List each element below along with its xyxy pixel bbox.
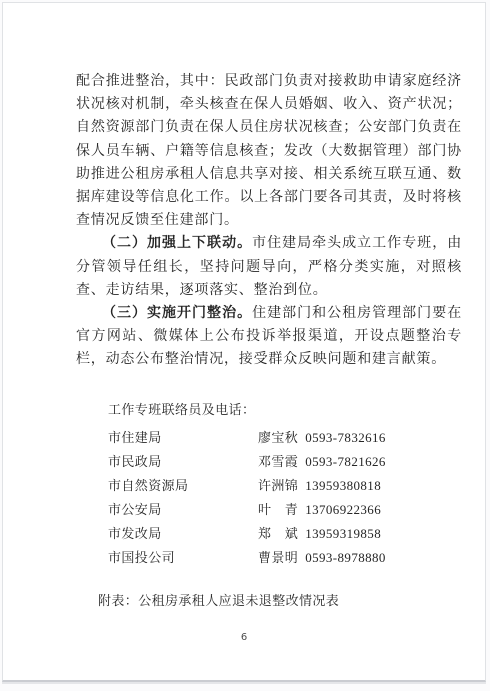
contact-phone-number: 13959380818 <box>305 474 381 498</box>
appendix-note: 附表：公租房承租人应退未退整改情况表 <box>76 589 462 613</box>
contact-phone-number: 0593-7821626 <box>305 450 386 474</box>
document-page: 配合推进整治，其中：民政部门负责对接救助申请家庭经济状况核对机制，牵头核查在保人… <box>2 2 486 682</box>
contact-person-name: 叶 青 <box>258 498 298 522</box>
paragraph: （三）实施开门整治。住建部门和公租房管理部门要在官方网站、微媒体上公布投诉举报渠… <box>76 302 462 372</box>
contact-department: 市民政局 <box>108 450 258 474</box>
contact-list: 市住建局廖宝秋0593-7832616市民政局邓雪霞0593-7821626市自… <box>76 426 462 570</box>
contact-department: 市发改局 <box>108 522 258 546</box>
paragraph: （二）加强上下联动。市住建局牵头成立工作专班，由分管领导任组长，坚持问题导向，严… <box>76 232 462 302</box>
page-content: 配合推进整治，其中：民政部门负责对接救助申请家庭经济状况核对机制，牵头核查在保人… <box>76 70 462 613</box>
contact-heading: 工作专班联络员及电话： <box>76 398 462 422</box>
contact-person-name: 郑 斌 <box>258 522 298 546</box>
paragraph-heading-text: （三）实施开门整治。 <box>102 306 252 321</box>
contact-row: 市自然资源局许洲锦13959380818 <box>76 474 462 498</box>
contact-person-name: 廖宝秋 <box>258 426 298 450</box>
contact-person-name: 邓雪霞 <box>258 450 298 474</box>
contact-phone-number: 0593-7832616 <box>305 426 386 450</box>
contact-row: 市发改局郑 斌13959319858 <box>76 522 462 546</box>
contact-person-name: 许洲锦 <box>258 474 298 498</box>
contact-phone-number: 0593-8978880 <box>305 546 386 570</box>
page-number: 6 <box>3 632 485 643</box>
contact-row: 市国投公司曹景明0593-8978880 <box>76 546 462 570</box>
paragraph-heading-text: （二）加强上下联动。 <box>102 236 252 251</box>
contact-row: 市公安局叶 青13706922366 <box>76 498 462 522</box>
contact-person-name: 曹景明 <box>258 546 298 570</box>
contact-department: 市住建局 <box>108 426 258 450</box>
contact-section: 工作专班联络员及电话： 市住建局廖宝秋0593-7832616市民政局邓雪霞05… <box>76 398 462 570</box>
contact-row: 市民政局邓雪霞0593-7821626 <box>76 450 462 474</box>
paragraph: 配合推进整治，其中：民政部门负责对接救助申请家庭经济状况核对机制，牵头核查在保人… <box>76 70 462 232</box>
contact-phone-number: 13959319858 <box>305 522 381 546</box>
document-body: 配合推进整治，其中：民政部门负责对接救助申请家庭经济状况核对机制，牵头核查在保人… <box>76 70 462 372</box>
contact-department: 市国投公司 <box>108 546 258 570</box>
contact-department: 市公安局 <box>108 498 258 522</box>
contact-phone-number: 13706922366 <box>305 498 381 522</box>
contact-department: 市自然资源局 <box>108 474 258 498</box>
paragraph-text: 配合推进整治，其中：民政部门负责对接救助申请家庭经济状况核对机制，牵头核查在保人… <box>76 74 462 228</box>
contact-row: 市住建局廖宝秋0593-7832616 <box>76 426 462 450</box>
